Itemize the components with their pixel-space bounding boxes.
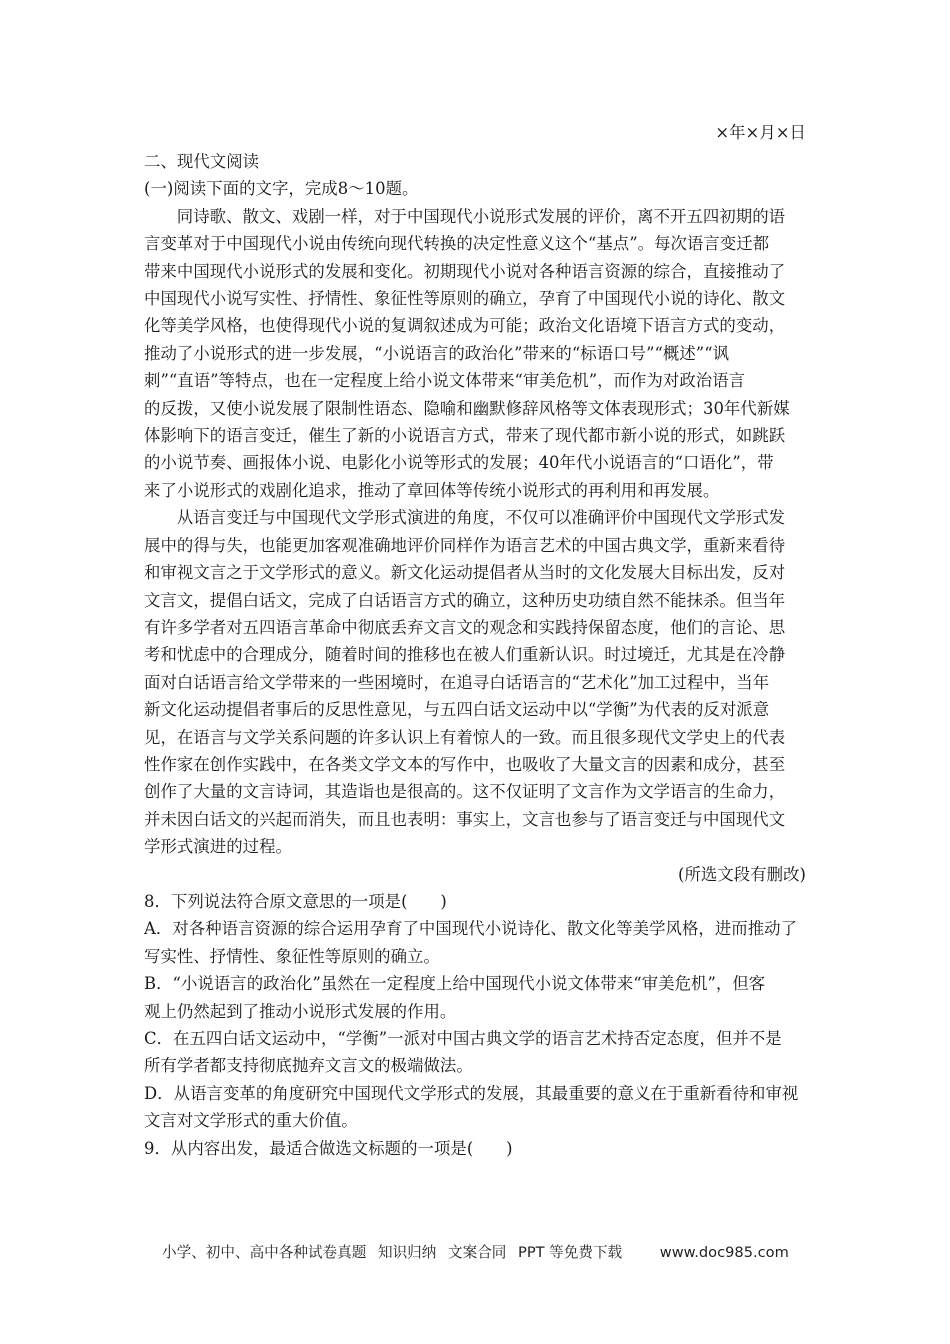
question-9: 9．从内容出发，最适合做选文标题的一项是( ): [144, 1135, 806, 1162]
footer-text: 小学、初中、高中各种试卷真题: [162, 1244, 366, 1261]
passage-line: 来了小说形式的戏剧化追求，推动了章回体等传统小说形式的再利用和再发展。: [144, 477, 806, 504]
passage-line: 从语言变迁与中国现代文学形式演进的角度，不仅可以准确评价中国现代文学形式发: [144, 504, 806, 531]
passage-line: 面对白话语言给文学带来的一些困境时，在追寻白话语言的“艺术化”加工过程中，当年: [144, 669, 806, 696]
passage-paragraph-1: 同诗歌、散文、戏剧一样，对于中国现代小说形式发展的评价，离不开五四初期的语 言变…: [144, 203, 806, 504]
option-d: D．从语言变革的角度研究中国现代文学形式的发展，其最重要的意义在于重新看待和审视…: [144, 1080, 806, 1135]
option-a: A．对各种语言资源的综合运用孕育了中国现代小说诗化、散文化等美学风格，进而推动了…: [144, 915, 806, 970]
exam-date: ×年×月×日: [715, 119, 806, 146]
passage-line: 体影响下的语言变迁，催生了新的小说语言方式，带来了现代都市新小说的形式，如跳跃: [144, 422, 806, 449]
option-line: B．“小说语言的政治化”虽然在一定程度上给中国现代小说文体带来“审美危机”，但客: [144, 970, 806, 997]
footer-text: 文案合同: [448, 1244, 506, 1261]
passage-line: 中国现代小说写实性、抒情性、象征性等原则的确立，孕育了中国现代小说的诗化、散文: [144, 285, 806, 312]
passage-line: 和审视文言之于文学形式的意义。新文化运动提倡者从当时的文化发展大目标出发，反对: [144, 559, 806, 586]
page-footer: 小学、初中、高中各种试卷真题 知识归纳 文案合同 PPT 等免费下载 www.d…: [162, 1241, 802, 1262]
passage-line: 考和忧虑中的合理成分，随着时间的推移也在被人们重新认识。时过境迁，尤其是在冷静: [144, 641, 806, 668]
footer-text: 知识归纳: [378, 1244, 436, 1261]
option-line: 观上仍然起到了推动小说形式发展的作用。: [144, 998, 806, 1025]
document-body: 二、现代文阅读 (一)阅读下面的文字，完成8～10题。 同诗歌、散文、戏剧一样，…: [144, 148, 806, 1162]
passage-line: 新文化运动提倡者事后的反思性意见，与五四白话文运动中以“学衡”为代表的反对派意: [144, 696, 806, 723]
passage-line: 展中的得与失，也能更加客观准确地评价同样作为语言艺术的中国古典文学，重新来看待: [144, 532, 806, 559]
option-line: A．对各种语言资源的综合运用孕育了中国现代小说诗化、散文化等美学风格，进而推动了: [144, 915, 806, 942]
passage-paragraph-2: 从语言变迁与中国现代文学形式演进的角度，不仅可以准确评价中国现代文学形式发 展中…: [144, 504, 806, 860]
passage-line: 性作家在创作实践中，在各类文学文本的写作中，也吸收了大量文言的因素和成分，甚至: [144, 751, 806, 778]
option-line: C．在五四白话文运动中，“学衡”一派对中国古典文学的语言艺术持否定态度，但并不是: [144, 1025, 806, 1052]
passage-line: 创作了大量的文言诗词，其造诣也是很高的。这不仅证明了文言作为文学语言的生命力，: [144, 778, 806, 805]
passage-line: 有许多学者对五四语言革命中彻底丢弃文言文的观念和实践持保留态度，他们的言论、思: [144, 614, 806, 641]
section-title: 二、现代文阅读: [144, 148, 806, 175]
subsection-instruction: (一)阅读下面的文字，完成8～10题。: [144, 175, 806, 202]
question-stem: 9．从内容出发，最适合做选文标题的一项是( ): [144, 1135, 806, 1162]
option-b: B．“小说语言的政治化”虽然在一定程度上给中国现代小说文体带来“审美危机”，但客…: [144, 970, 806, 1025]
option-line: 所有学者都支持彻底抛弃文言文的极端做法。: [144, 1052, 806, 1079]
question-8: 8．下列说法符合原文意思的一项是( ) A．对各种语言资源的综合运用孕育了中国现…: [144, 888, 806, 1135]
passage-line: 的反拨，又使小说发展了限制性语态、隐喻和幽默修辞风格等文体表现形式；30年代新媒: [144, 395, 806, 422]
passage-line: 并未因白话文的兴起而消失，而且也表明：事实上，文言也参与了语言变迁与中国现代文: [144, 806, 806, 833]
option-line: 写实性、抒情性、象征性等原则的确立。: [144, 943, 806, 970]
question-stem: 8．下列说法符合原文意思的一项是( ): [144, 888, 806, 915]
passage-line: 见，在语言与文学关系问题的许多认识上有着惊人的一致。而且很多现代文学史上的代表: [144, 724, 806, 751]
option-c: C．在五四白话文运动中，“学衡”一派对中国古典文学的语言艺术持否定态度，但并不是…: [144, 1025, 806, 1080]
passage-line: 的小说节奏、画报体小说、电影化小说等形式的发展；40年代小说语言的“口语化”，带: [144, 449, 806, 476]
passage-line: 化等美学风格，也使得现代小说的复调叙述成为可能；政治文化语境下语言方式的变动，: [144, 312, 806, 339]
passage-line: 带来中国现代小说形式的发展和变化。初期现代小说对各种语言资源的综合，直接推动了: [144, 258, 806, 285]
passage-line: 同诗歌、散文、戏剧一样，对于中国现代小说形式发展的评价，离不开五四初期的语: [144, 203, 806, 230]
passage-line: 推动了小说形式的进一步发展，“小说语言的政治化”带来的“标语口号”“概述”“讽: [144, 340, 806, 367]
footer-text: PPT 等免费下载: [518, 1244, 622, 1261]
passage-line: 言变革对于中国现代小说由传统向现代转换的决定性意义这个“基点”。每次语言变迁都: [144, 230, 806, 257]
option-line: D．从语言变革的角度研究中国现代文学形式的发展，其最重要的意义在于重新看待和审视: [144, 1080, 806, 1107]
option-line: 文言对文学形式的重大价值。: [144, 1107, 806, 1134]
source-note: (所选文段有删改): [144, 861, 806, 888]
passage-line: 文言文，提倡白话文，完成了白话语言方式的确立，这种历史功绩自然不能抹杀。但当年: [144, 587, 806, 614]
footer-url-link[interactable]: www.doc985.com: [660, 1244, 789, 1261]
passage-line: 刺”“直语”等特点，也在一定程度上给小说文体带来“审美危机”，而作为对政治语言: [144, 367, 806, 394]
passage-line: 学形式演进的过程。: [144, 833, 806, 860]
